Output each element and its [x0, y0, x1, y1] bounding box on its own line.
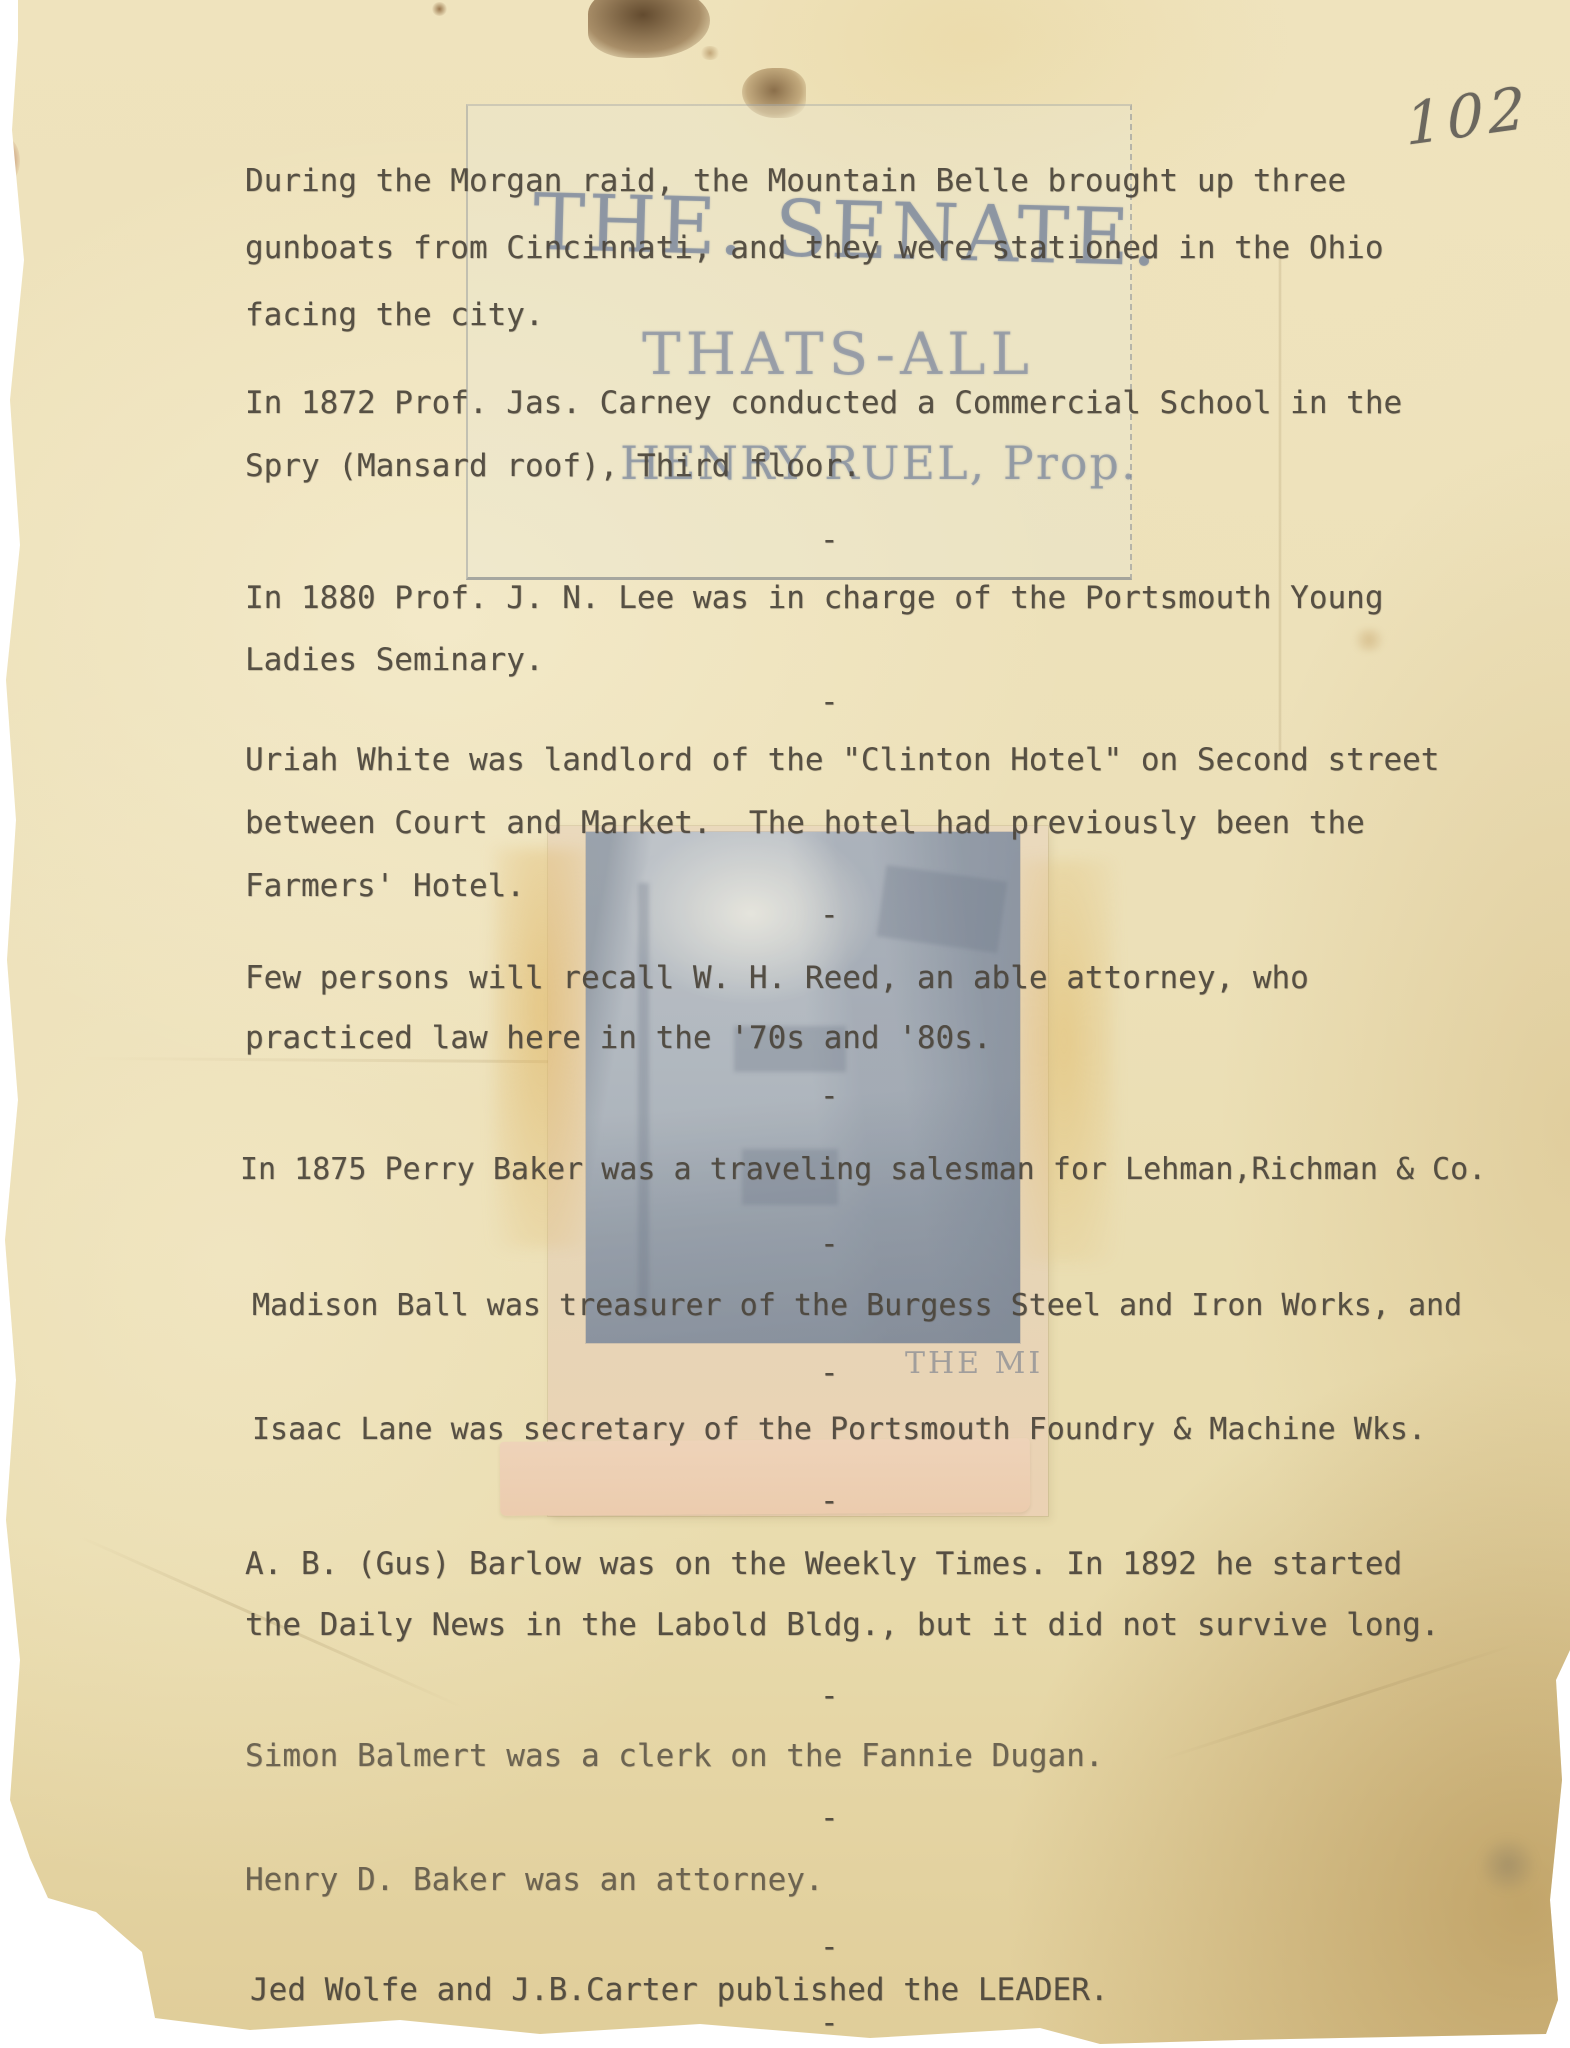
clipping-caption: THE MI [905, 1346, 1043, 1381]
pasted-photo [586, 832, 1020, 1343]
typed-line: Uriah White was landlord of the "Clinton… [245, 742, 1439, 778]
separator-dash: - [820, 522, 839, 558]
separator-dash: - [820, 1929, 839, 1965]
typed-line: In 1875 Perry Baker was a traveling sale… [240, 1152, 1486, 1187]
typed-line: Isaac Lane was secretary of the Portsmou… [252, 1412, 1426, 1447]
ink-stain-large [588, 0, 710, 58]
separator-dash: - [820, 1483, 839, 1519]
separator-dash: - [820, 897, 839, 933]
ink-dot [432, 2, 447, 16]
typed-line: In 1880 Prof. J. N. Lee was in charge of… [245, 580, 1383, 616]
typed-line: the Daily News in the Labold Bldg., but … [245, 1607, 1439, 1643]
typed-line: Spry (Mansard roof), Third floor. [245, 448, 861, 484]
crease-line [1159, 1641, 1521, 1761]
typed-line: gunboats from Cincinnati, and they were … [245, 230, 1383, 266]
typed-line: During the Morgan raid, the Mountain Bel… [245, 163, 1346, 199]
separator-dash: - [820, 1678, 839, 1714]
separator-dash: - [820, 2005, 839, 2041]
typed-line: A. B. (Gus) Barlow was on the Weekly Tim… [245, 1546, 1402, 1582]
typed-line: facing the city. [245, 297, 544, 333]
typed-line: Jed Wolfe and J.B.Carter published the L… [250, 1972, 1109, 2008]
typed-line: Farmers' Hotel. [245, 868, 525, 904]
typed-line: Henry D. Baker was an attorney. [245, 1862, 824, 1898]
ink-dot-faint [700, 46, 720, 60]
page-number-annotation: 102 [1404, 73, 1531, 159]
photo-awning-detail [877, 865, 1007, 953]
typed-line: Simon Balmert was a clerk on the Fannie … [245, 1738, 1104, 1774]
foxing-spot [1352, 628, 1386, 652]
typed-line: between Court and Market. The hotel had … [245, 805, 1365, 841]
document-page: THE. SENATE. THATS-ALL HENRY RUEL, Prop.… [0, 0, 1570, 2048]
photo-pole-detail [638, 883, 649, 1317]
crease-line [1278, 240, 1282, 760]
red-stain-left-edge [0, 138, 20, 182]
separator-dash: - [820, 1226, 839, 1262]
typed-line: practiced law here in the '70s and '80s. [245, 1020, 992, 1056]
clipping-torn-strip [500, 1438, 1031, 1516]
typed-line: Few persons will recall W. H. Reed, an a… [245, 960, 1309, 996]
smudge-bottom-right [1480, 1838, 1536, 1892]
separator-dash: - [820, 1355, 839, 1391]
typed-line: Ladies Seminary. [245, 642, 544, 678]
typed-line: In 1872 Prof. Jas. Carney conducted a Co… [245, 385, 1402, 421]
separator-dash: - [820, 1800, 839, 1836]
separator-dash: - [820, 684, 839, 720]
stamp-text-thats-all: THATS-ALL [642, 320, 1034, 388]
separator-dash: - [820, 1078, 839, 1114]
typed-line: Madison Ball was treasurer of the Burges… [252, 1288, 1462, 1323]
